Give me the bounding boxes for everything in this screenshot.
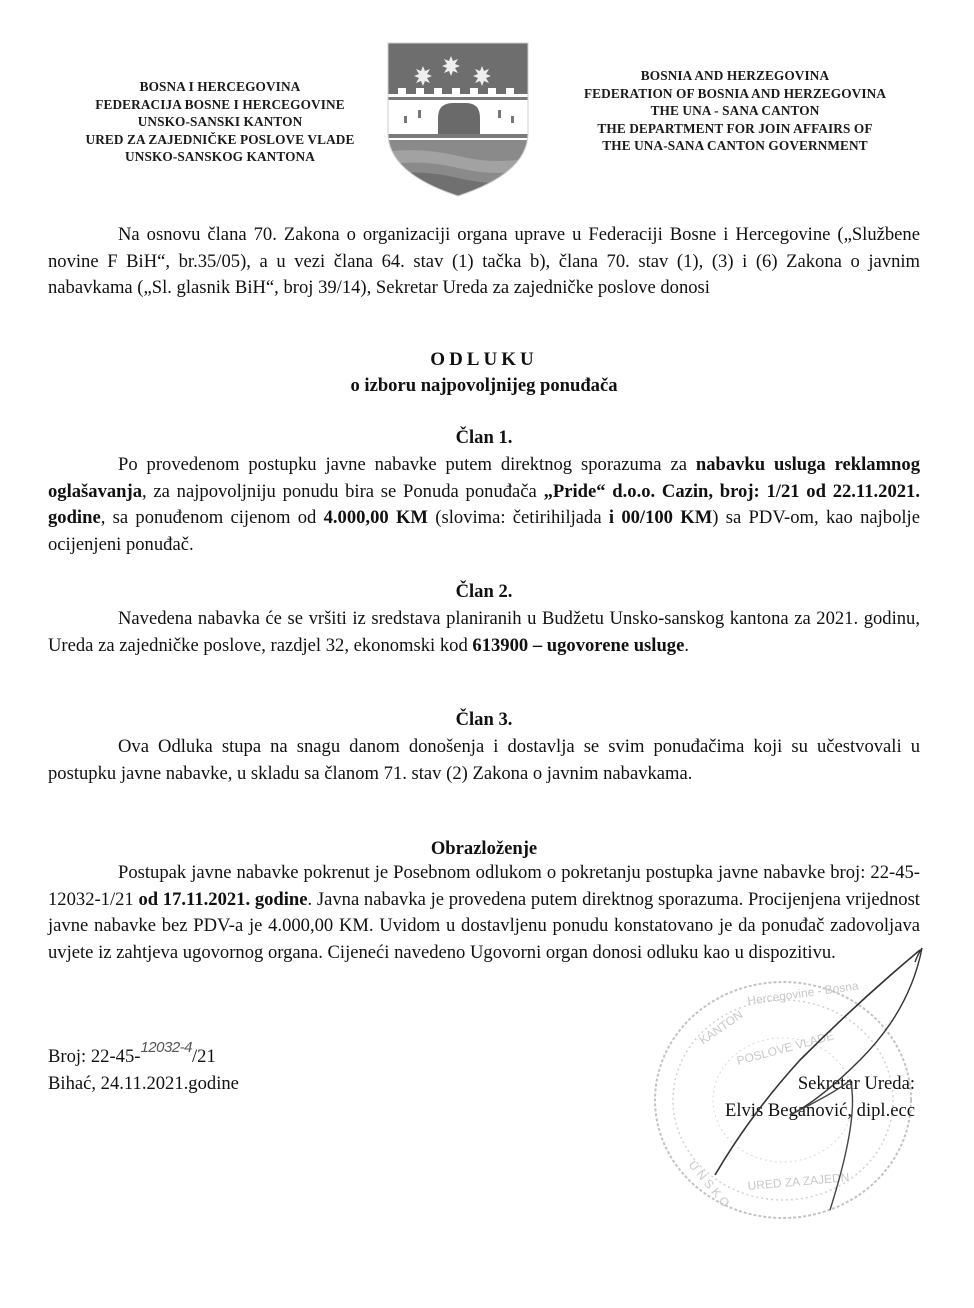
handwritten-number: 12032-4 [140,1039,192,1056]
svg-text:URED ZA ZAJEDN: URED ZA ZAJEDN [747,1170,850,1193]
text-run: , za najpovoljniju ponudu bira se Ponuda… [142,481,544,502]
header-right-line: FEDERATION OF BOSNIA AND HERZEGOVINA [540,85,930,103]
header-left-line: BOSNA I HERCEGOVINA [70,78,370,96]
header-right-line: BOSNIA AND HERZEGOVINA [540,67,930,85]
signatory-role: Sekretar Ureda: [675,1070,915,1097]
coat-of-arms-icon [378,38,540,198]
bold-text-run: i 00/100 KM [609,507,712,528]
article-1-heading: Član 1. [48,427,920,449]
explanation-heading: Obrazloženje [48,838,920,860]
article-2-heading: Član 2. [48,581,920,603]
bold-text-run: od 17.11.2021. godine [138,889,307,910]
header-left-line: FEDERACIJA BOSNE I HERCEGOVINE [70,96,370,114]
place-date: Bihać, 24.11.2021.godine [48,1070,239,1097]
text-run: (slovima: četirihiljada [428,507,609,528]
header-left-line: URED ZA ZAJEDNIČKE POSLOVE VLADE [70,131,370,149]
article-2-body: Navedena nabavka će se vršiti iz sredsta… [48,606,920,659]
text-run: , sa ponuđenom cijenom od [101,507,324,528]
text-run: Ova Odluka stupa na snagu danom donošenj… [48,736,920,784]
article-1-body: Po provedenom postupku javne nabavke put… [48,452,920,558]
svg-text:KANTON: KANTON [697,1007,746,1047]
header-left-institution: BOSNA I HERCEGOVINA FEDERACIJA BOSNE I H… [70,78,370,166]
signature-block: Sekretar Ureda: Elvis Beganović, dipl.ec… [675,1070,915,1124]
explanation-body: Postupak javne nabavke pokrenut je Poseb… [48,860,920,966]
text-run: Po provedenom postupku javne nabavke put… [118,454,696,475]
header-right-line: THE UNA-SANA CANTON GOVERNMENT [540,137,930,155]
header-left-line: UNSKO-SANSKI KANTON [70,113,370,131]
signatory-name: Elvis Beganović, dipl.ecc [675,1097,915,1124]
document-number: Broj: 22-45-12032-4/21 [48,1043,216,1071]
article-1-text: Po provedenom postupku javne nabavke put… [48,452,920,558]
article-2-text: Navedena nabavka će se vršiti iz sredsta… [48,606,920,659]
header-right-line: THE DEPARTMENT FOR JOIN AFFAIRS OF [540,120,930,138]
preamble-text: Na osnovu člana 70. Zakona o organizacij… [48,222,920,302]
svg-text:POSLOVE VLADE: POSLOVE VLADE [735,1028,835,1067]
number-suffix: /21 [192,1046,216,1067]
text-run: . [684,635,689,656]
explanation-text: Postupak javne nabavke pokrenut je Poseb… [48,860,920,966]
header-right-institution: BOSNIA AND HERZEGOVINA FEDERATION OF BOS… [540,67,930,155]
article-3-text: Ova Odluka stupa na snagu danom donošenj… [48,734,920,787]
document-page: BOSNA I HERCEGOVINA FEDERACIJA BOSNE I H… [0,0,974,1308]
decision-title: ODLUKU [48,349,920,371]
header-right-line: THE UNA - SANA CANTON [540,102,930,120]
bold-text-run: 4.000,00 KM [324,507,428,528]
bold-text-run: 613900 – ugovorene usluge [472,635,684,656]
article-3-body: Ova Odluka stupa na snagu danom donošenj… [48,734,920,787]
number-prefix: Broj: 22-45- [48,1046,140,1067]
preamble: Na osnovu člana 70. Zakona o organizacij… [48,222,920,302]
header-left-line: UNSKO-SANSKOG KANTONA [70,148,370,166]
article-3-heading: Član 3. [48,709,920,731]
decision-subtitle: o izboru najpovoljnijeg ponuđača [48,375,920,397]
